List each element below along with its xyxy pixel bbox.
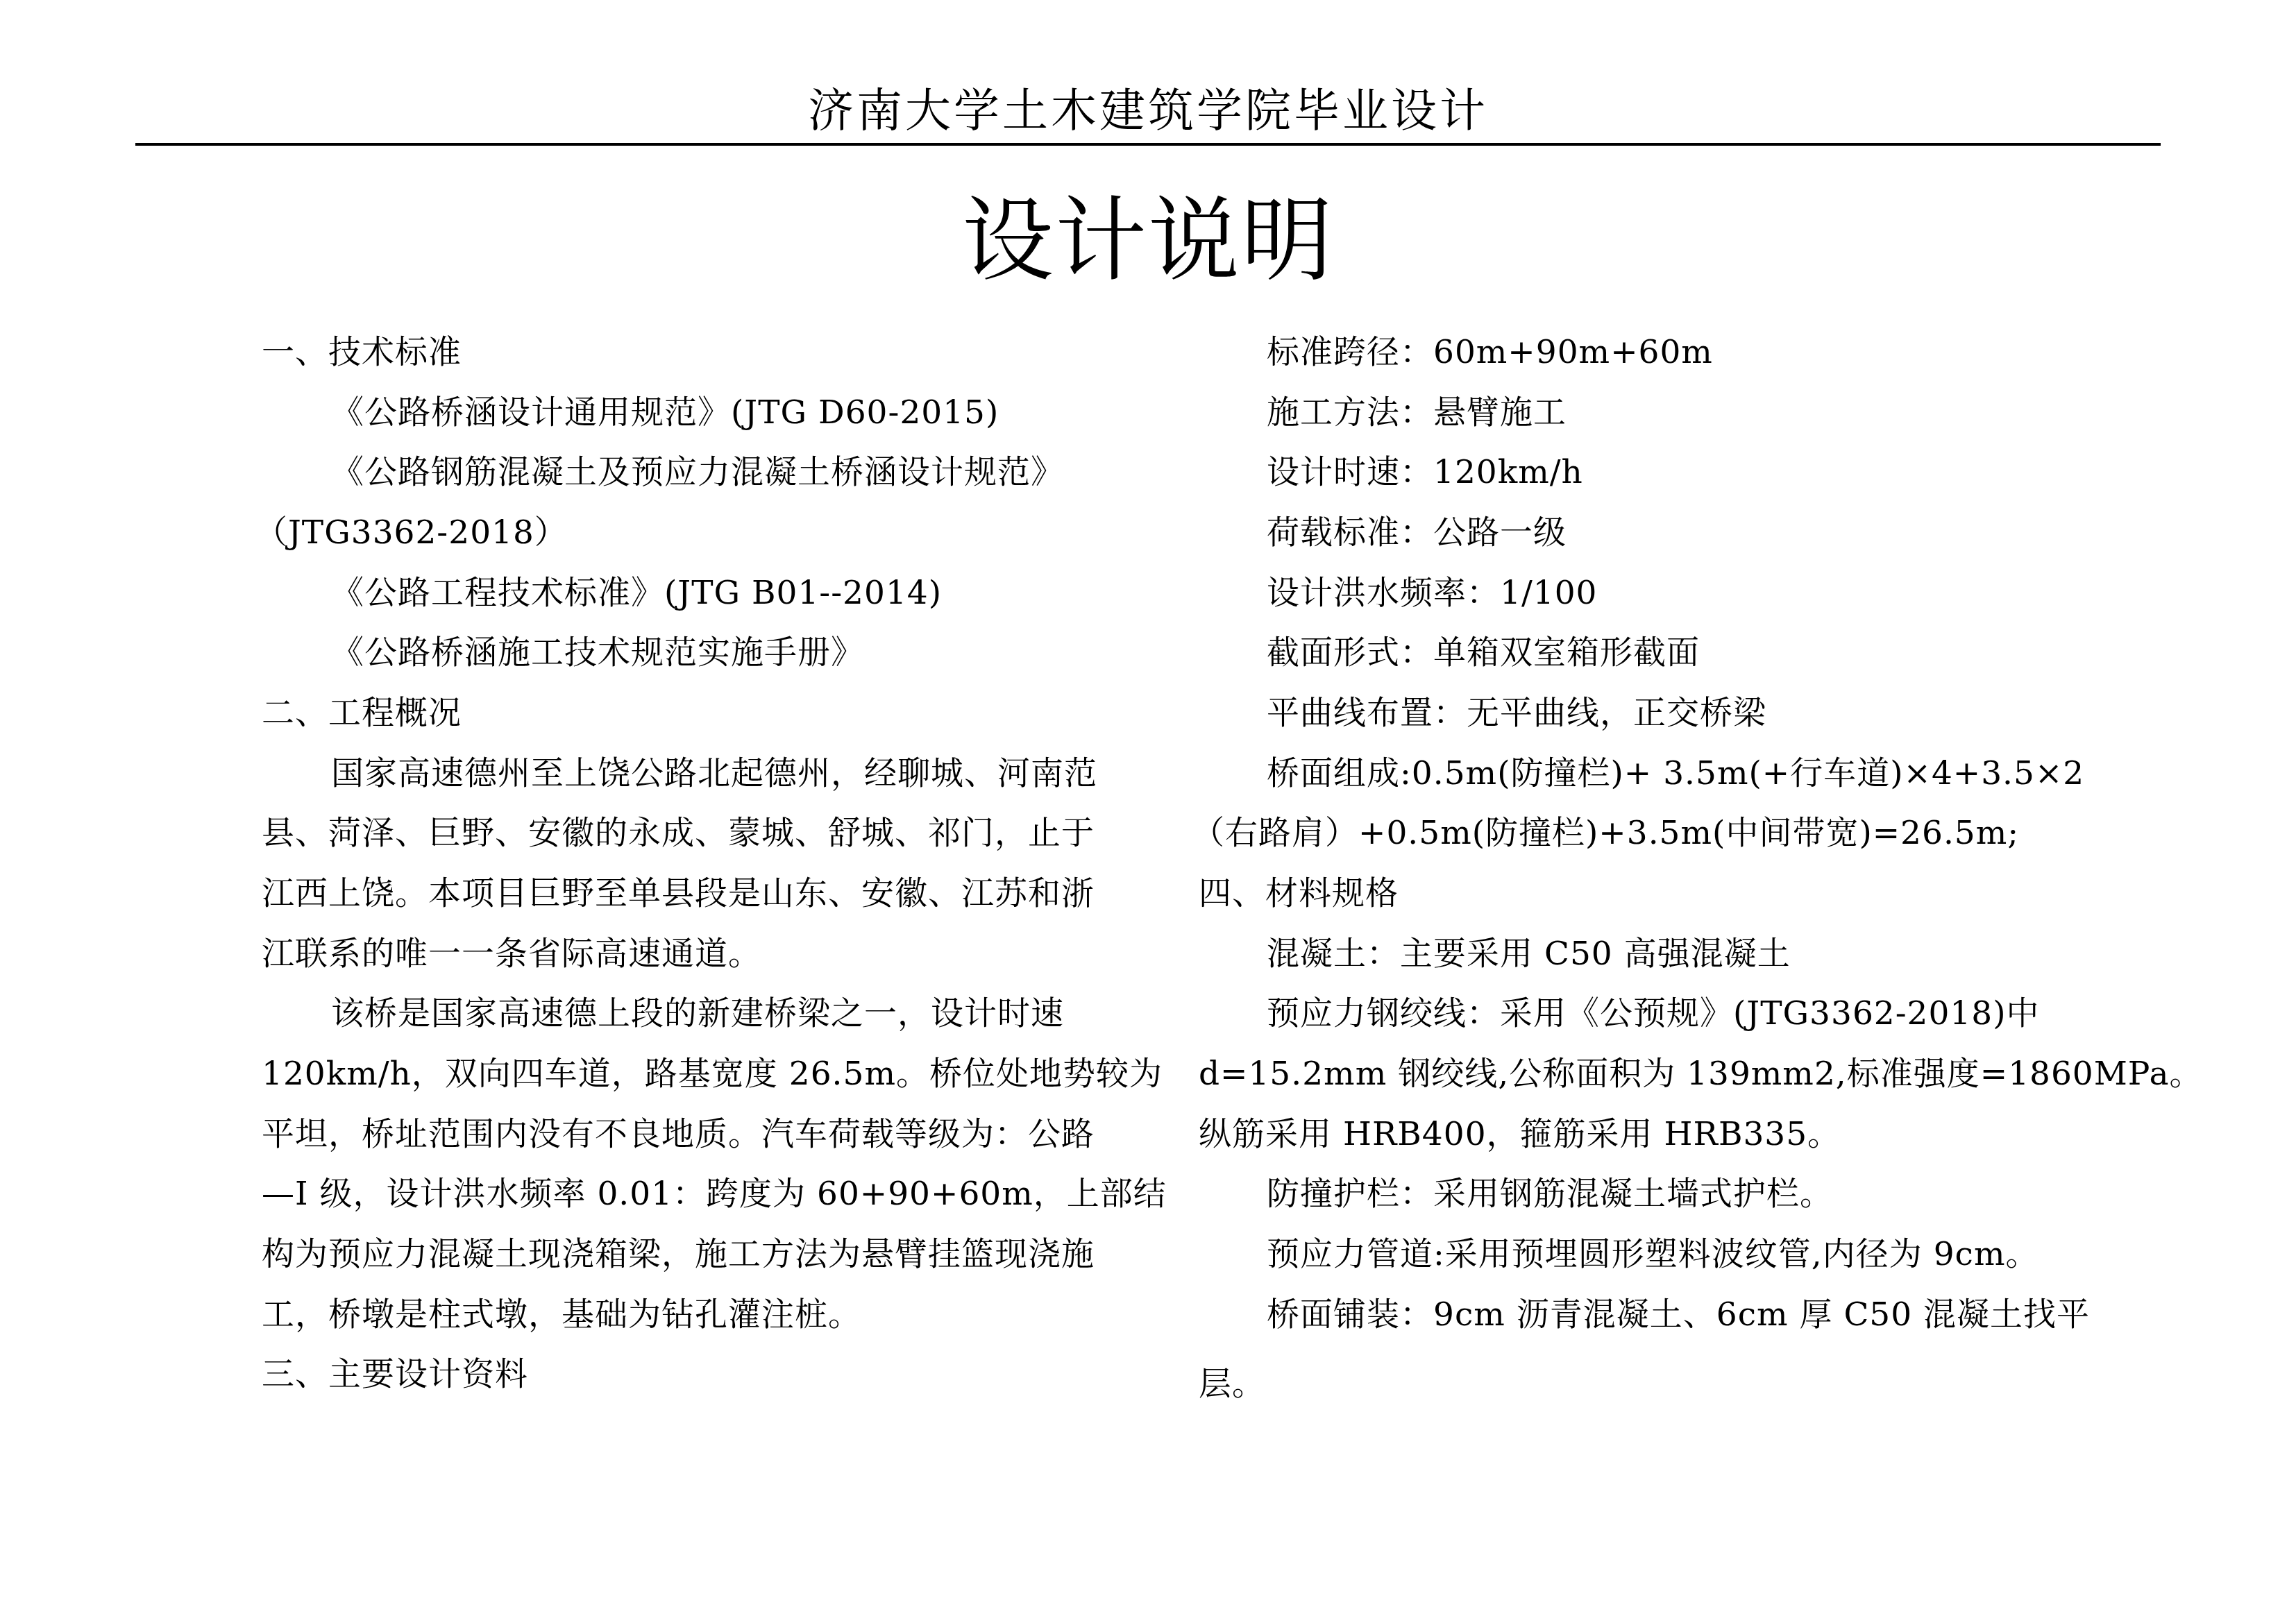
design-data-construction-method: 施工方法：悬臂施工: [1267, 393, 1567, 432]
design-data-value: 1/100: [1500, 574, 1597, 612]
paragraph-line: —I 级，设计洪水频率 0.01：跨度为 60+90+60m，上部结: [262, 1175, 1167, 1214]
design-data-span: 标准跨径：60m+90m+60m: [1267, 333, 1713, 372]
standard-item: 《公路工程技术标准》(JTG B01--2014): [331, 574, 942, 613]
design-data-label: 设计洪水频率：: [1267, 574, 1500, 612]
design-data-flood-frequency: 设计洪水频率：1/100: [1267, 574, 1597, 613]
standard-item: 《公路钢筋混凝土及预应力混凝土桥涵设计规范》: [331, 453, 1064, 492]
paragraph-line: 江西上饶。本项目巨野至单县段是山东、安徽、江苏和浙: [262, 874, 1095, 913]
design-data-label: 截面形式：: [1267, 634, 1433, 672]
material-line: 桥面铺装：9cm 沥青混凝土、6cm 厚 C50 混凝土找平: [1267, 1295, 2090, 1334]
section-heading-technical-standards: 一、技术标准: [262, 333, 462, 372]
design-data-value: 公路一级: [1433, 513, 1567, 552]
paragraph-line: 该桥是国家高速德上段的新建桥梁之一，设计时速: [331, 994, 1064, 1033]
design-data-label: 设计时速：: [1267, 453, 1433, 491]
design-data-label: 荷载标准：: [1267, 513, 1433, 552]
paragraph-line: 平坦，桥址范围内没有不良地质。汽车荷载等级为：公路: [262, 1115, 1095, 1154]
section-heading-main-design-data: 三、主要设计资料: [262, 1355, 528, 1394]
design-data-value: 60m+90m+60m: [1433, 333, 1713, 371]
design-data-value: 悬臂施工: [1433, 393, 1567, 432]
material-line: 预应力管道:采用预埋圆形塑料波纹管,内径为 9cm。: [1267, 1235, 2039, 1274]
header-divider: [135, 143, 2161, 146]
design-data-load-standard: 荷载标准：公路一级: [1267, 513, 1567, 552]
design-data-label: 平曲线布置：: [1267, 694, 1467, 732]
standard-item: 《公路桥涵施工技术规范实施手册》: [331, 634, 864, 672]
design-data-value: 单箱双室箱形截面: [1433, 634, 1700, 672]
design-data-label: 标准跨径：: [1267, 333, 1433, 371]
design-data-value: 120km/h: [1433, 453, 1583, 491]
page-header: 济南大学土木建筑学院毕业设计: [0, 85, 2296, 137]
standard-item-continued: （JTG3362-2018）: [255, 513, 568, 552]
design-data-value: 无平曲线，正交桥梁: [1467, 694, 1766, 732]
paragraph-line: 江联系的唯一一条省际高速通道。: [262, 935, 761, 974]
deck-composition-line: （右路肩）+0.5m(防撞栏)+3.5m(中间带宽)=26.5m;: [1192, 814, 2019, 853]
paragraph-line: 工，桥墩是柱式墩，基础为钻孔灌注桩。: [262, 1295, 861, 1334]
paragraph-line: 构为预应力混凝土现浇箱梁，施工方法为悬臂挂篮现浇施: [262, 1235, 1095, 1274]
deck-composition-line: 桥面组成:0.5m(防撞栏)+ 3.5m(+行车道)×4+3.5×2: [1267, 754, 2084, 793]
document-title: 设计说明: [0, 182, 2296, 300]
paragraph-line: 120km/h，双向四车道，路基宽度 26.5m。桥位处地势较为: [262, 1055, 1163, 1094]
design-data-section-type: 截面形式：单箱双室箱形截面: [1267, 634, 1700, 672]
material-line: 层。: [1199, 1365, 1265, 1404]
material-line: 纵筋采用 HRB400，箍筋采用 HRB335。: [1199, 1115, 1841, 1154]
material-line: 预应力钢绞线：采用《公预规》(JTG3362-2018)中: [1267, 994, 2040, 1033]
design-data-label: 施工方法：: [1267, 393, 1433, 432]
section-heading-material-specs: 四、材料规格: [1199, 874, 1399, 913]
paragraph-line: 国家高速德州至上饶公路北起德州，经聊城、河南范: [331, 754, 1097, 793]
material-line: 混凝土：主要采用 C50 高强混凝土: [1267, 935, 1791, 974]
design-data-horizontal-curve: 平曲线布置：无平曲线，正交桥梁: [1267, 694, 1766, 733]
standard-item: 《公路桥涵设计通用规范》(JTG D60-2015): [331, 393, 999, 432]
section-heading-project-overview: 二、工程概况: [262, 694, 462, 733]
material-line: d=15.2mm 钢绞线,公称面积为 139mm2,标准强度=1860MPa。: [1199, 1055, 2202, 1094]
material-line: 防撞护栏：采用钢筋混凝土墙式护栏。: [1267, 1175, 1833, 1214]
design-data-design-speed: 设计时速：120km/h: [1267, 453, 1583, 492]
paragraph-line: 县、菏泽、巨野、安徽的永成、蒙城、舒城、祁门，止于: [262, 814, 1095, 853]
